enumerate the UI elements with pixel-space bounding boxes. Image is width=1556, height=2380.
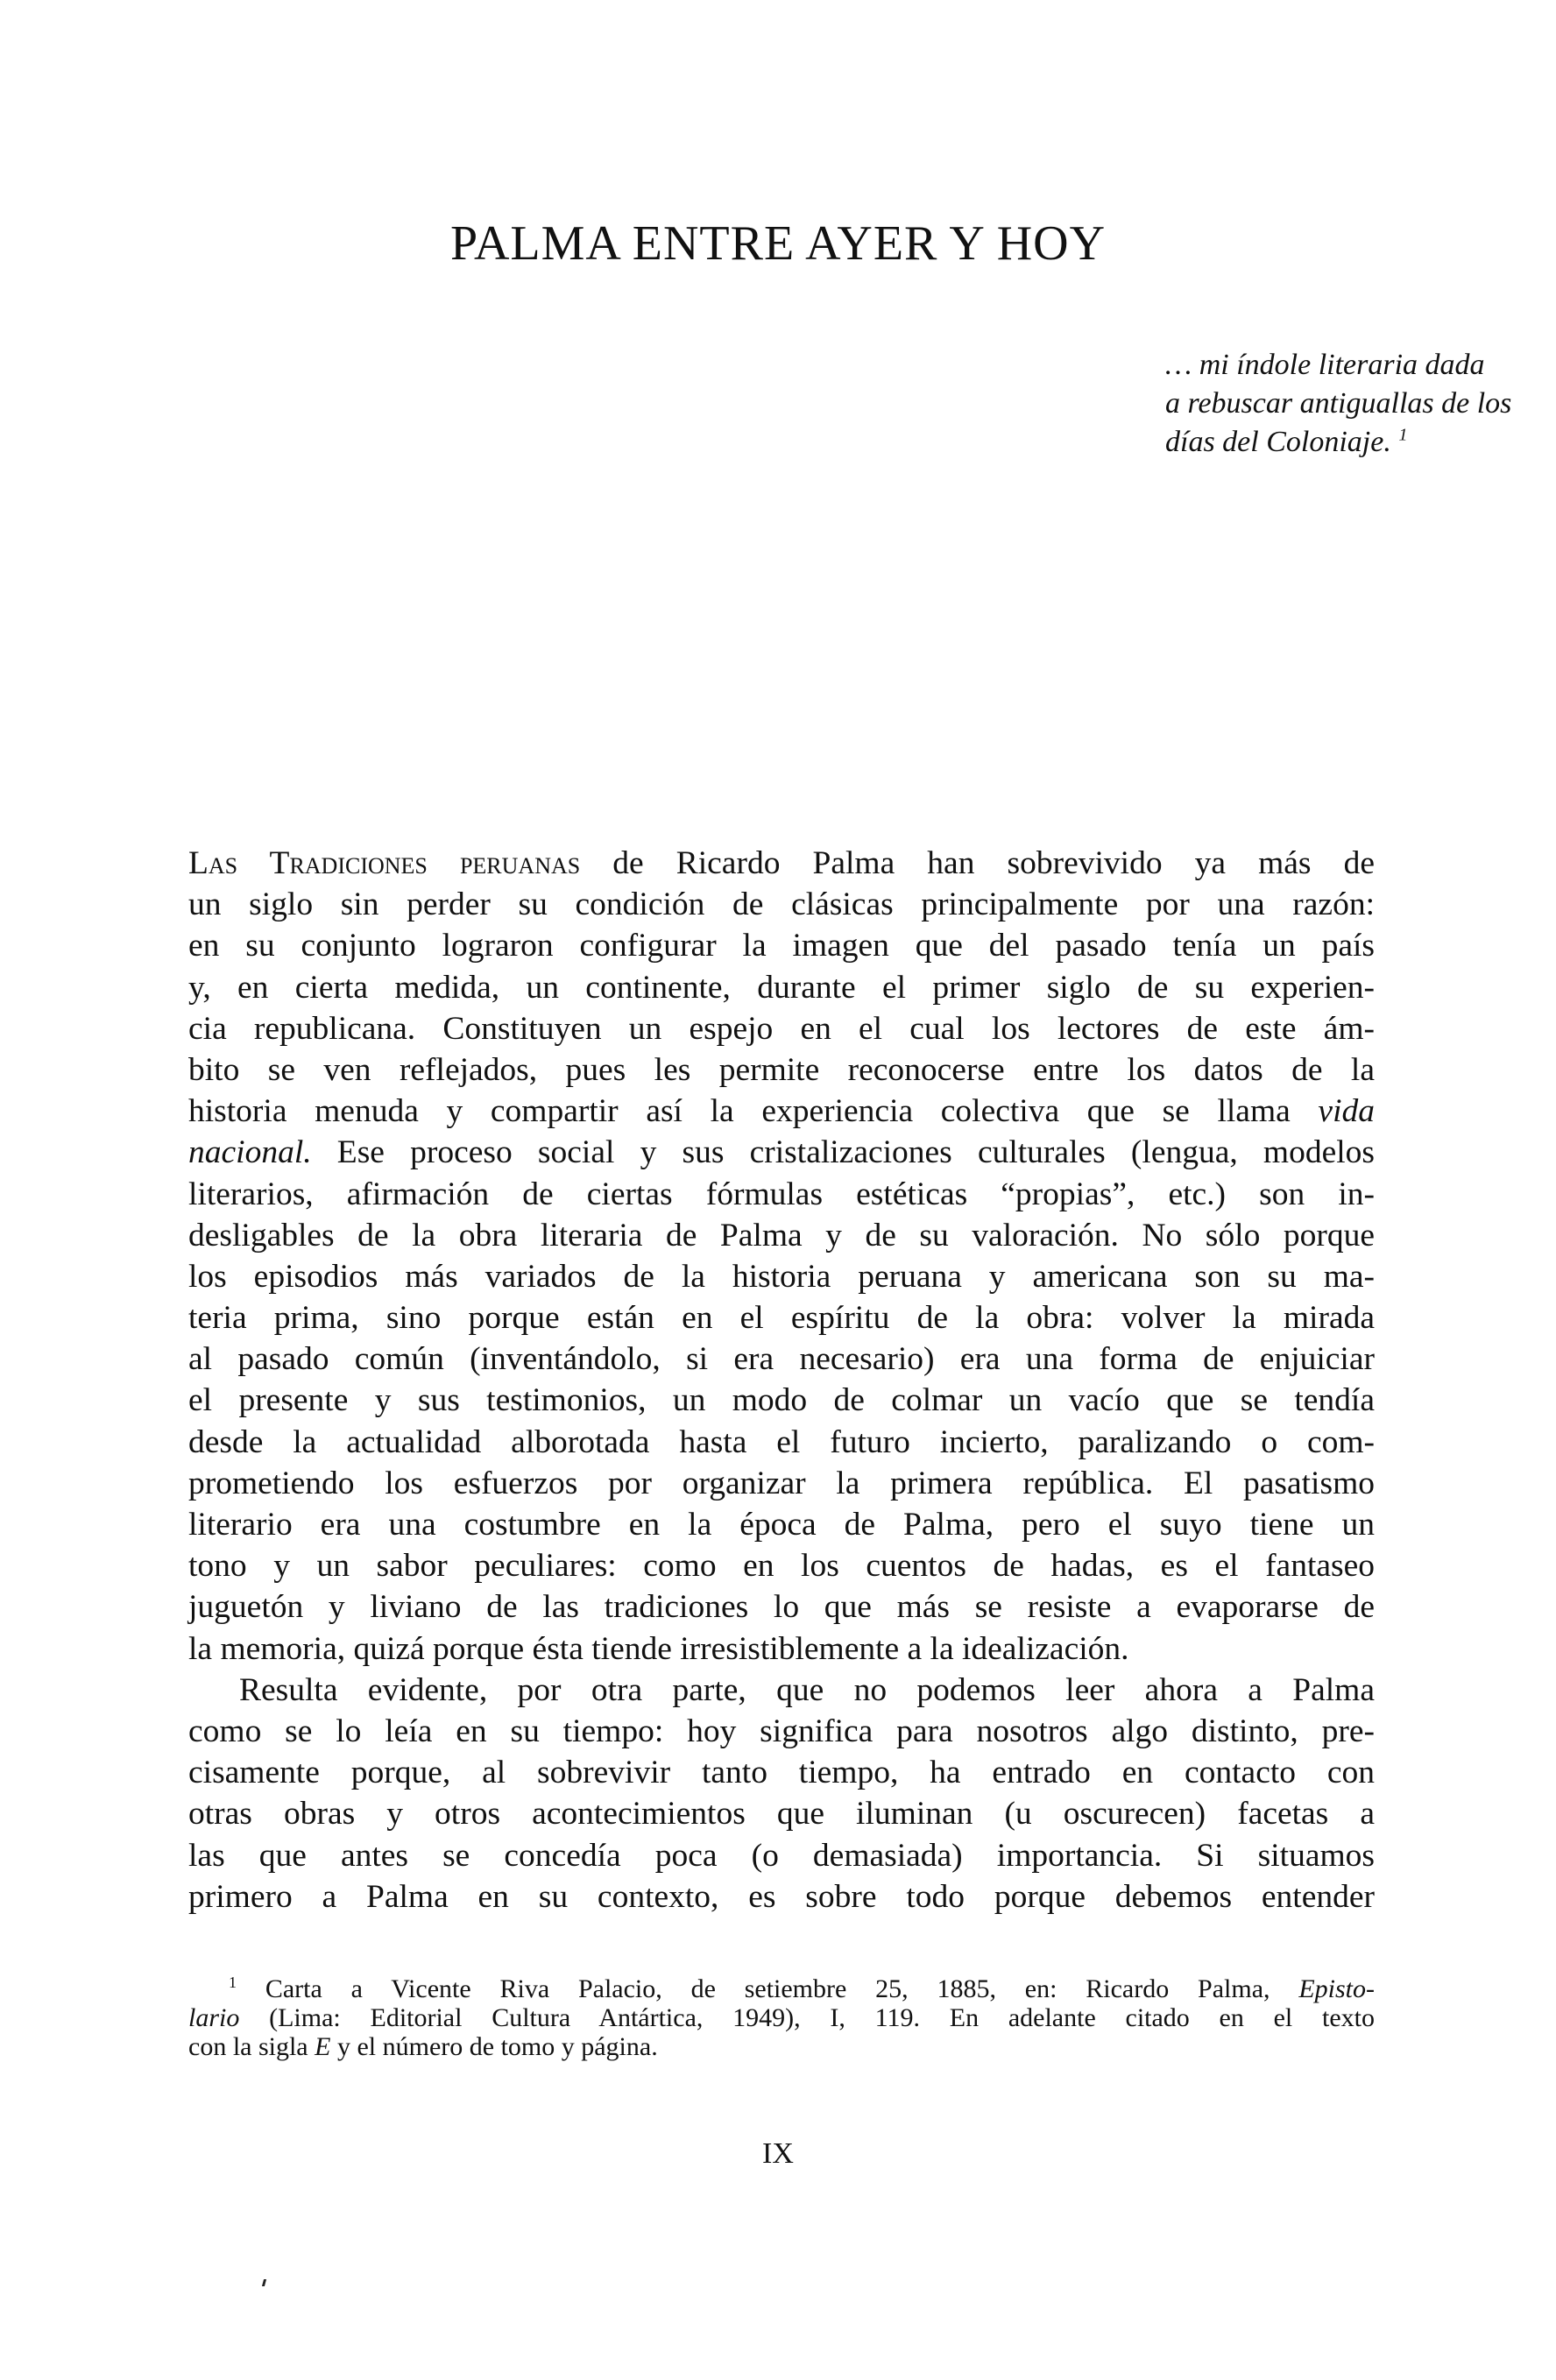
paragraph-line: literarios, afirmación de ciertas fórmul… xyxy=(188,1174,1375,1215)
paragraph-line: y, en cierta medida, un continente, dura… xyxy=(188,967,1375,1008)
epigraph-line: … mi índole literaria dada xyxy=(1165,346,1384,385)
footnotes: 1 Carta a Vicente Riva Palacio, de setie… xyxy=(188,1974,1375,2061)
paragraph-line: prometiendo los esfuerzos por organizar … xyxy=(188,1463,1375,1504)
paragraph-line: los episodios más variados de la histori… xyxy=(188,1256,1375,1297)
paragraph-line: desde la actualidad alborotada hasta el … xyxy=(188,1422,1375,1463)
paragraph-line: desligables de la obra literaria de Palm… xyxy=(188,1215,1375,1256)
epigraph-line: días del Coloniaje. 1 xyxy=(1165,423,1384,462)
paragraph-line: juguetón y liviano de las tradiciones lo… xyxy=(188,1586,1375,1628)
line-text: de Ricardo Palma han sobrevivido ya más … xyxy=(580,845,1375,881)
paragraph-line: bito se ven reflejados, pues les permite… xyxy=(188,1049,1375,1091)
paragraph-line: la memoria, quizá porque ésta tiende irr… xyxy=(188,1628,1375,1670)
italic-term: vida xyxy=(1318,1093,1375,1129)
body-text: Las Tradiciones peruanas de Ricardo Palm… xyxy=(188,843,1375,1917)
paragraph-line: las que antes se concedía poca (o demasi… xyxy=(188,1835,1375,1876)
paragraph-line: otras obras y otros acontecimientos que … xyxy=(188,1793,1375,1834)
paragraph-line: el presente y sus testimonios, un modo d… xyxy=(188,1380,1375,1421)
footnote-line: con la sigla E y el número de tomo y pág… xyxy=(188,2032,1375,2061)
paragraph-line: tono y un sabor peculiares: como en los … xyxy=(188,1545,1375,1586)
footnote-text: Carta a Vicente Riva Palacio, de setiemb… xyxy=(237,1974,1298,2003)
epigraph-line: a rebuscar antiguallas de los xyxy=(1165,385,1384,423)
italic-abbrev: E xyxy=(315,2032,330,2061)
paragraph-line: literario era una costumbre en la época … xyxy=(188,1504,1375,1545)
paragraph-line: en su conjunto lograron configurar la im… xyxy=(188,925,1375,966)
scan-speck xyxy=(262,2279,266,2286)
paragraph-line: cisamente porque, al sobrevivir tanto ti… xyxy=(188,1752,1375,1793)
paragraph-line: teria prima, sino porque están en el esp… xyxy=(188,1297,1375,1338)
footnote-line: lario (Lima: Editorial Cultura Antártica… xyxy=(188,2003,1375,2032)
footnote-ref[interactable]: 1 xyxy=(1398,426,1407,445)
line-text: historia menuda y compartir así la exper… xyxy=(188,1093,1318,1129)
footnote-line: 1 Carta a Vicente Riva Palacio, de setie… xyxy=(188,1974,1375,2003)
footnote-text: con la sigla xyxy=(188,2032,315,2061)
italic-term: nacional. xyxy=(188,1134,312,1170)
paragraph-line: al pasado común (inventándolo, si era ne… xyxy=(188,1338,1375,1380)
paragraph-line: historia menuda y compartir así la exper… xyxy=(188,1091,1375,1132)
footnote-text: y el número de tomo y página. xyxy=(330,2032,657,2061)
epigraph: … mi índole literaria dada a rebuscar an… xyxy=(1165,346,1384,462)
book-title-smallcaps: Las Tradiciones peruanas xyxy=(188,845,580,881)
line-text: Ese proceso social y sus cristalizacione… xyxy=(312,1134,1375,1170)
page-number: IX xyxy=(0,2137,1556,2171)
footnote-text: (Lima: Editorial Cultura Antártica, 1949… xyxy=(239,2003,1375,2032)
paragraph-line: cia republicana. Constituyen un espejo e… xyxy=(188,1008,1375,1049)
italic-title: lario xyxy=(188,2003,239,2032)
epigraph-text: días del Coloniaje. xyxy=(1165,426,1391,458)
italic-title: Episto- xyxy=(1298,1974,1375,2003)
paragraph-line: primero a Palma en su contexto, es sobre… xyxy=(188,1876,1375,1917)
chapter-title: PALMA ENTRE AYER Y HOY xyxy=(0,217,1556,270)
paragraph-line: un siglo sin perder su condición de clás… xyxy=(188,884,1375,925)
paragraph-line: Las Tradiciones peruanas de Ricardo Palm… xyxy=(188,843,1375,884)
paragraph-line: nacional. Ese proceso social y sus crist… xyxy=(188,1132,1375,1173)
paragraph-line: como se lo leía en su tiempo: hoy signif… xyxy=(188,1711,1375,1752)
footnote-number: 1 xyxy=(229,1974,237,1991)
paragraph-line: Resulta evidente, por otra parte, que no… xyxy=(188,1670,1375,1711)
